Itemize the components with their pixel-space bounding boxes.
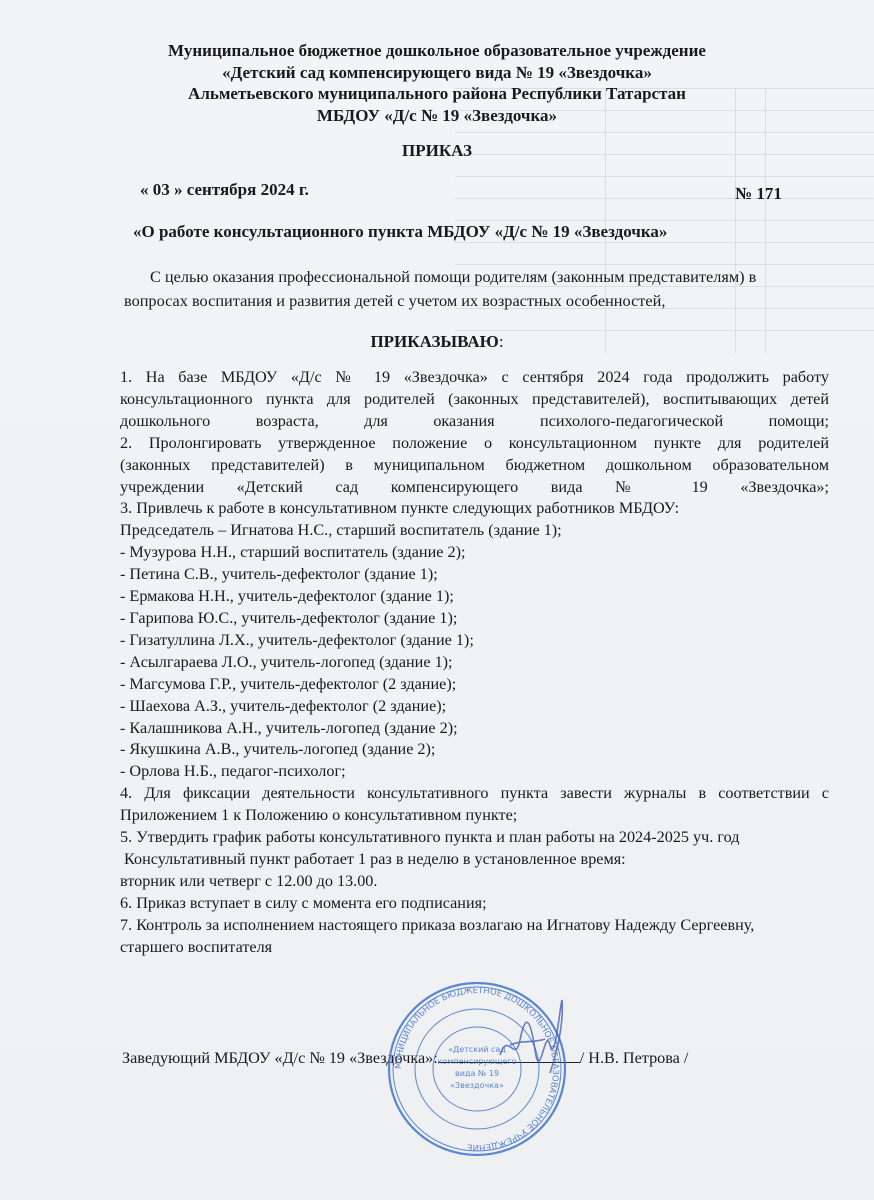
document-page: Муниципальное бюджетное дошкольное образ… xyxy=(0,0,874,1200)
order-items: 1. На базе МБДОУ «Д/с № 19 «Звездочка» с… xyxy=(120,367,829,958)
order-colon: : xyxy=(499,332,504,351)
svg-text:«Звездочка»: «Звездочка» xyxy=(450,1081,504,1090)
official-stamp-icon: МУНИЦИПАЛЬНОЕ БЮДЖЕТНОЕ ДОШКОЛЬНОЕ ОБРАЗ… xyxy=(386,978,568,1160)
item-1-line: 1. На базе МБДОУ «Д/с № 19 «Звездочка» с… xyxy=(120,367,829,389)
signatory-position: Заведующий МБДОУ «Д/с № 19 «Звездочка»: xyxy=(122,1049,438,1067)
staff-list: Председатель – Игнатова Н.С., старший во… xyxy=(120,520,829,783)
item-5-line: 5. Утвердить график работы консультативн… xyxy=(120,827,829,849)
staff-list-item: - Гизатуллина Л.Х., учитель-дефектолог (… xyxy=(120,630,829,652)
item-2-line: 2. Пролонгировать утвержденное положение… xyxy=(120,433,829,455)
institution-header: Муниципальное бюджетное дошкольное образ… xyxy=(0,40,874,126)
document-subject: «О работе консультационного пункта МБДОУ… xyxy=(133,222,667,242)
staff-list-item: - Ермакова Н.Н., учитель-дефектолог (зда… xyxy=(120,586,829,608)
staff-list-item: Председатель – Игнатова Н.С., старший во… xyxy=(120,520,829,542)
preamble: С целью оказания профессиональной помощи… xyxy=(124,265,804,313)
signature-line xyxy=(438,1048,580,1063)
staff-list-item: - Орлова Н.Б., педагог-психолог; xyxy=(120,761,829,783)
item-4-line: 4. Для фиксации деятельности консультати… xyxy=(120,783,829,805)
item-5-line: вторник или четверг с 12.00 до 13.00. xyxy=(120,871,829,893)
document-number: № 171 xyxy=(735,184,782,204)
bleed-through-table xyxy=(455,88,874,353)
header-line: Муниципальное бюджетное дошкольное образ… xyxy=(0,40,874,62)
svg-text:вида № 19: вида № 19 xyxy=(455,1069,499,1078)
item-4-line: Приложением 1 к Положению о консультатив… xyxy=(120,805,829,827)
staff-list-item: - Якушкина А.В., учитель-логопед (здание… xyxy=(120,739,829,761)
item-3: 3. Привлечь к работе в консультативном п… xyxy=(120,498,829,520)
signature-block: Заведующий МБДОУ «Д/с № 19 «Звездочка»:/… xyxy=(122,1048,688,1068)
header-line: «Детский сад компенсирующего вида № 19 «… xyxy=(0,62,874,84)
staff-list-item: - Калашникова А.Н., учитель-логопед (зда… xyxy=(120,718,829,740)
item-2-line: (законных представителей) в муниципально… xyxy=(120,455,829,477)
header-line: МБДОУ «Д/с № 19 «Звездочка» xyxy=(0,105,874,127)
signatory-name: / Н.В. Петрова / xyxy=(580,1049,689,1067)
svg-text:МУНИЦИПАЛЬНОЕ БЮДЖЕТНОЕ ДОШКОЛ: МУНИЦИПАЛЬНОЕ БЮДЖЕТНОЕ ДОШКОЛЬНОЕ ОБРАЗ… xyxy=(394,986,560,1152)
item-2-line: учреждении «Детский сад компенсирующего … xyxy=(120,477,829,499)
order-word: ПРИКАЗЫВАЮ xyxy=(370,332,498,351)
staff-list-item: - Петина С.В., учитель-дефектолог (здани… xyxy=(120,564,829,586)
document-date: « 03 » сентября 2024 г. xyxy=(140,180,309,200)
item-6: 6. Приказ вступает в силу с момента его … xyxy=(120,893,829,915)
item-5-line: Консультативный пункт работает 1 раз в н… xyxy=(120,849,829,871)
item-7-line: 7. Контроль за исполнением настоящего пр… xyxy=(120,915,829,937)
staff-list-item: - Музурова Н.Н., старший воспитатель (зд… xyxy=(120,542,829,564)
item-7-line: старшего воспитателя xyxy=(120,937,829,959)
document-title: ПРИКАЗ xyxy=(0,141,874,161)
item-1-line: консультационного пункта для родителей (… xyxy=(120,389,829,411)
staff-list-item: - Асылгараева Л.О., учитель-логопед (зда… xyxy=(120,652,829,674)
staff-list-item: - Гарипова Ю.С., учитель-дефектолог (зда… xyxy=(120,608,829,630)
staff-list-item: - Шаехова А.З., учитель-дефектолог (2 зд… xyxy=(120,696,829,718)
order-heading: ПРИКАЗЫВАЮ: xyxy=(0,332,874,352)
staff-list-item: - Магсумова Г.Р., учитель-дефектолог (2 … xyxy=(120,674,829,696)
item-1-line: дошкольного возраста, для оказания психо… xyxy=(120,411,829,433)
header-line: Альметьевского муниципального района Рес… xyxy=(0,83,874,105)
